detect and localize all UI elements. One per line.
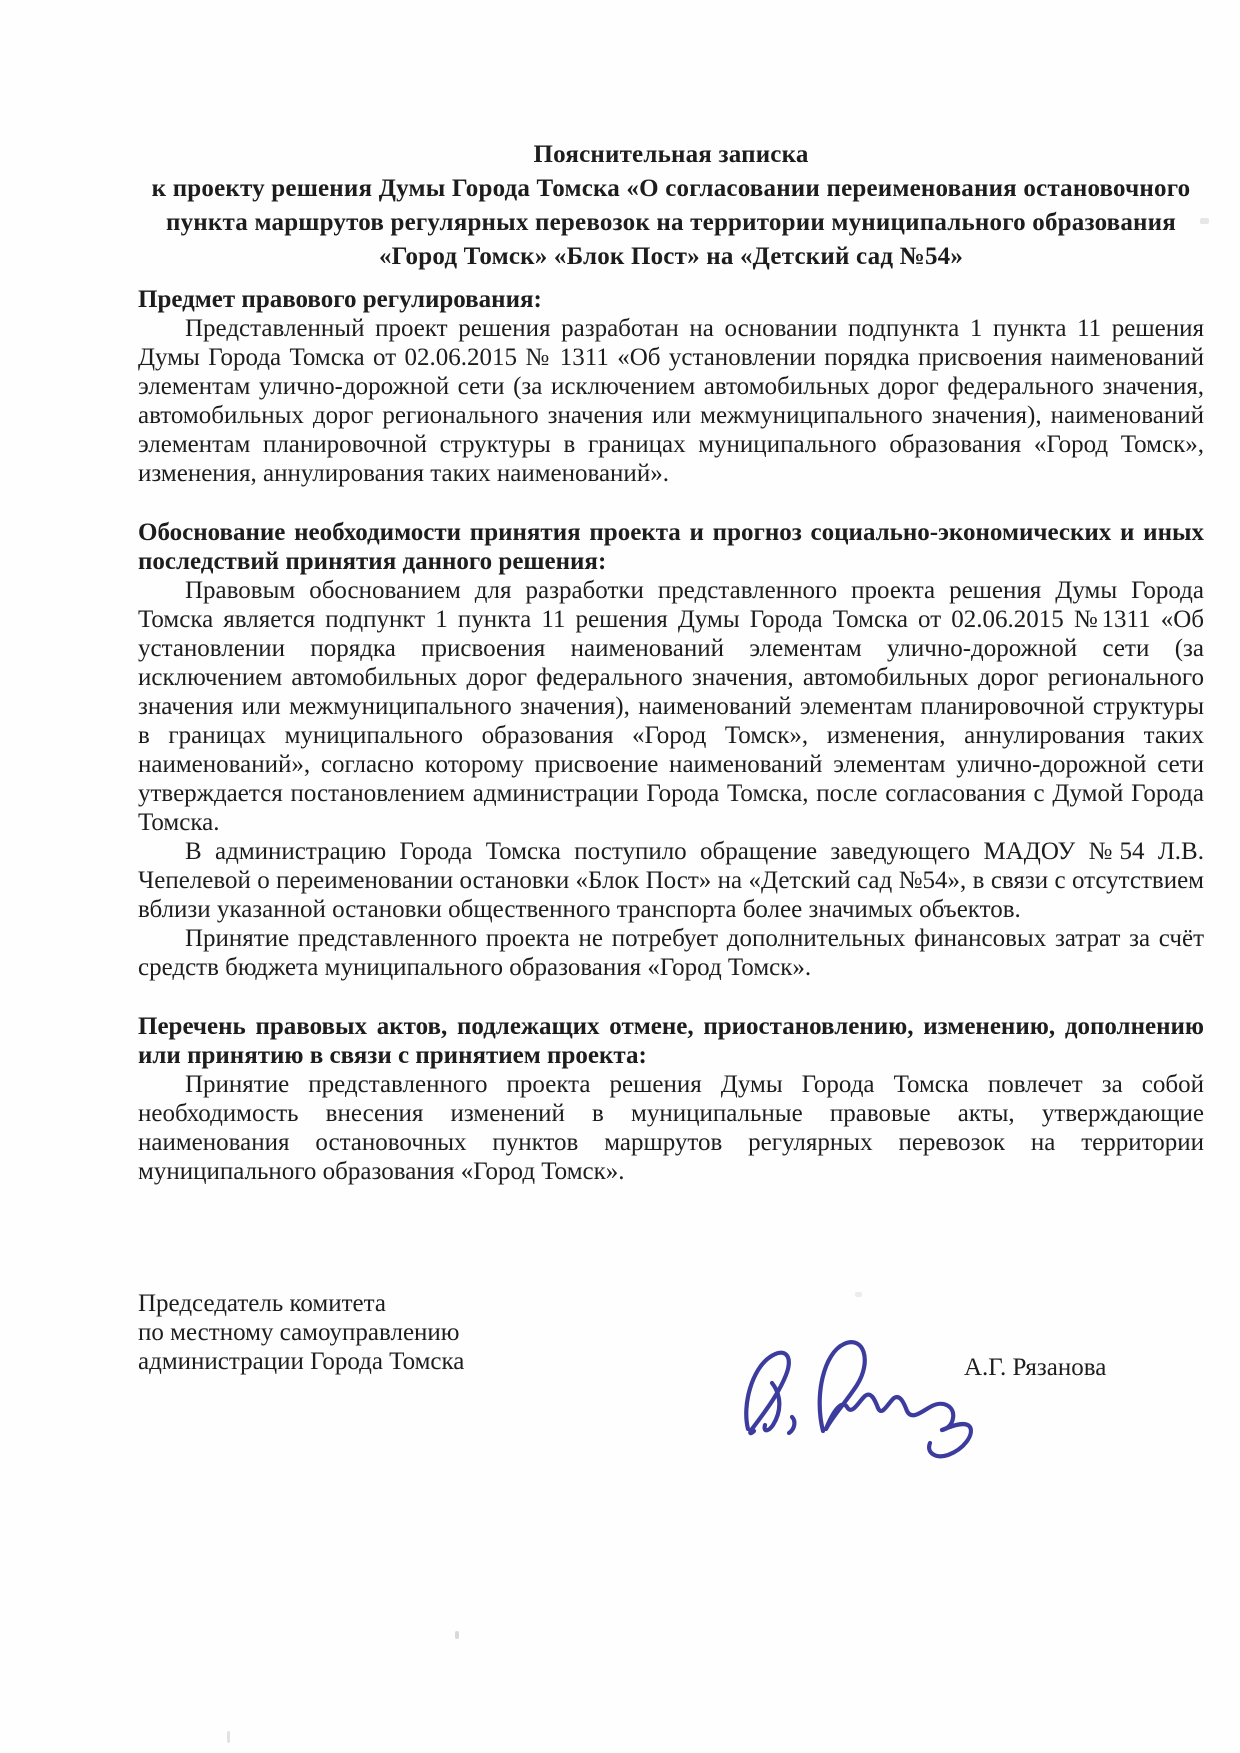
document-body: Пояснительная записка к проекту решения … bbox=[138, 138, 1204, 1186]
signer-name: А.Г. Рязанова bbox=[964, 1353, 1106, 1382]
section-heading-justification: Обоснование необходимости принятия проек… bbox=[138, 518, 1204, 576]
title-line: пункта маршрутов регулярных перевозок на… bbox=[138, 206, 1204, 240]
signature-block: Председатель комитета по местному самоуп… bbox=[138, 1289, 1204, 1376]
scan-artifact bbox=[455, 1631, 459, 1639]
paragraph: Принятие представленного проекта не потр… bbox=[138, 924, 1204, 982]
scan-artifact bbox=[227, 1731, 230, 1743]
title-line: Пояснительная записка bbox=[138, 138, 1204, 172]
section-heading-list-of-legal-acts: Перечень правовых актов, подлежащих отме… bbox=[138, 1012, 1204, 1070]
title-line: к проекту решения Думы Города Томска «О … bbox=[138, 172, 1204, 206]
scan-artifact bbox=[855, 1292, 862, 1297]
paragraph: Представленный проект решения разработан… bbox=[138, 314, 1204, 488]
section-heading-subject-of-regulation: Предмет правового регулирования: bbox=[138, 285, 1204, 314]
handwritten-signature-ink bbox=[726, 1317, 1026, 1467]
document-content: Предмет правового регулирования: Предста… bbox=[138, 285, 1204, 1186]
title-line: «Город Томск» «Блок Пост» на «Детский са… bbox=[138, 240, 1204, 274]
scanned-document-page: Пояснительная записка к проекту решения … bbox=[0, 0, 1240, 1753]
scan-artifact bbox=[1200, 218, 1209, 224]
paragraph: В администрацию Города Томска поступило … bbox=[138, 837, 1204, 924]
paragraph: Принятие представленного проекта решения… bbox=[138, 1070, 1204, 1186]
paragraph: Правовым обоснованием для разработки пре… bbox=[138, 576, 1204, 837]
document-title: Пояснительная записка к проекту решения … bbox=[138, 138, 1204, 274]
